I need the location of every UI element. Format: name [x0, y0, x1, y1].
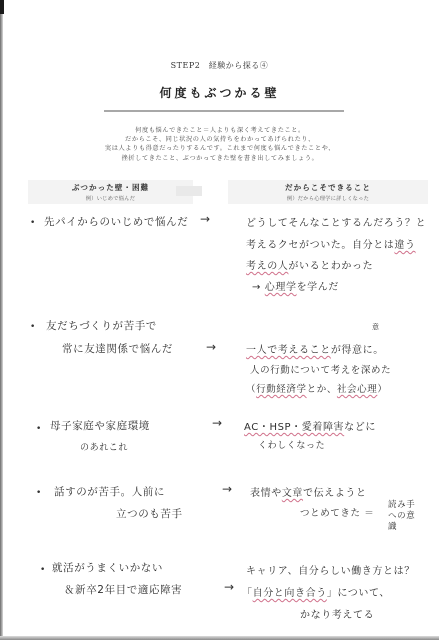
arrow-icon: →	[222, 482, 232, 496]
highlighted-phrase: 自分と向き合う	[253, 588, 327, 599]
wall-text: 友だちづくりが苦手で	[46, 318, 157, 333]
result-text: 考えるクセがついた。自分とは違う	[246, 236, 416, 251]
left-column-heading: ぶつかった壁・困難	[28, 182, 193, 193]
result-text: 人の行動について考えを深めた	[250, 362, 391, 376]
left-column-header: ぶつかった壁・困難 例）いじめで悩んだ	[28, 182, 193, 202]
result-fragment: とか、	[307, 384, 337, 395]
wall-text: ＆新卒2年目で適応障害	[64, 582, 182, 597]
result-fragment: などに	[344, 422, 376, 433]
highlighted-phrase: 心理学	[265, 282, 297, 293]
result-fragment: 表情や	[250, 488, 282, 499]
result-fragment: で伝えようと	[303, 488, 367, 499]
worksheet-page: STEP2 経験から探る④ 何度もぶつかる壁 何度も悩んできたこと＝人よりも深く…	[0, 0, 439, 640]
intro-text: 何度も悩んできたこと＝人よりも深く考えてきたこと。 だからこそ、同じ状況の人の気…	[60, 126, 380, 163]
result-text: かなり考えてる	[300, 606, 374, 621]
wall-text: 立つのも苦手	[116, 506, 183, 521]
wall-text: 話すのが苦手。人前に	[54, 484, 165, 499]
wall-text: のあれこれ	[80, 440, 128, 453]
highlighted-phrase: 一人で考えること	[246, 345, 331, 356]
highlighted-phrase: 行動経済学	[256, 384, 307, 395]
result-text: → 心理学を学んだ	[252, 278, 339, 293]
result-text: キャリア、自分らしい働き方とは？	[246, 562, 415, 577]
result-text: 一人で考えることが得意に。	[246, 341, 384, 356]
title-divider	[104, 110, 344, 112]
bullet-icon: •	[30, 322, 35, 332]
paren: （	[246, 384, 256, 395]
highlighted-phrase: 考えの人	[246, 261, 288, 272]
result-fragment: 」について、	[327, 588, 390, 599]
highlighted-phrase: 社会心理	[337, 384, 377, 395]
highlighted-phrase: AC・HSP・愛着障害	[244, 422, 344, 433]
wall-text: 常に友達関係で悩んだ	[62, 341, 173, 356]
left-column-example: 例）いじめで悩んだ	[28, 195, 193, 202]
result-text: （行動経済学とか、社会心理）	[246, 381, 387, 395]
arrow-icon: →	[252, 282, 265, 293]
result-text: つとめてきた ＝	[300, 505, 374, 519]
result-text: くわしくなった	[258, 438, 325, 451]
wall-text: 先パイからのいじめで悩んだ	[44, 214, 188, 229]
wall-text: 就活がうまくいかない	[52, 560, 163, 575]
paren: ）	[377, 384, 387, 395]
highlighted-phrase: 文章	[282, 488, 303, 499]
intro-line: 挫折してきたこと、ぶつかってきた壁を書き出してみましょう。	[60, 154, 380, 163]
side-note: 読み手への意識	[388, 500, 422, 533]
arrow-icon: →	[212, 416, 222, 430]
intro-line: 何度も悩んできたこと＝人よりも深く考えてきたこと。	[60, 126, 380, 135]
bullet-icon: •	[30, 218, 35, 228]
right-column-example: 例）だから心理学に詳しくなった	[228, 195, 428, 202]
result-fragment: が得意に。	[331, 345, 384, 356]
bullet-icon: •	[36, 424, 41, 434]
right-column-heading: だからこそできること	[228, 182, 428, 193]
arrow-icon: →	[224, 580, 234, 594]
result-fragment: 考えるクセがついた。自分とは	[246, 240, 394, 251]
correction-annotation: 意	[372, 322, 380, 332]
highlighted-phrase: 違う	[394, 240, 415, 251]
bullet-icon: •	[40, 565, 45, 575]
result-text: 考えの人がいるとわかった	[246, 257, 373, 272]
intro-line: だからこそ、同じ状況の人の気持ちをわかってあげられたり、	[60, 135, 380, 144]
arrow-icon: →	[200, 212, 210, 226]
result-fragment: を学んだ	[297, 282, 339, 293]
page-title: 何度もぶつかる壁	[0, 84, 439, 101]
intro-line: 実は人よりも得意だったりするんです。これまで何度も悩んできたことや、	[60, 144, 380, 153]
right-column-header: だからこそできること 例）だから心理学に詳しくなった	[228, 182, 428, 202]
result-text: どうしてそんなことするんだろう？と	[246, 214, 426, 229]
result-text: 「自分と向き合う」について、	[242, 584, 390, 599]
wall-text: 母子家庭や家庭環境	[50, 418, 150, 433]
bullet-icon: •	[36, 488, 41, 498]
bracket: 「	[242, 588, 253, 599]
step-label: STEP2 経験から探る④	[0, 60, 439, 71]
arrow-icon: →	[206, 340, 216, 354]
result-text: 表情や文章で伝えようと	[250, 484, 367, 499]
result-fragment: がいるとわかった	[288, 261, 373, 272]
result-text: AC・HSP・愛着障害などに	[244, 418, 376, 433]
